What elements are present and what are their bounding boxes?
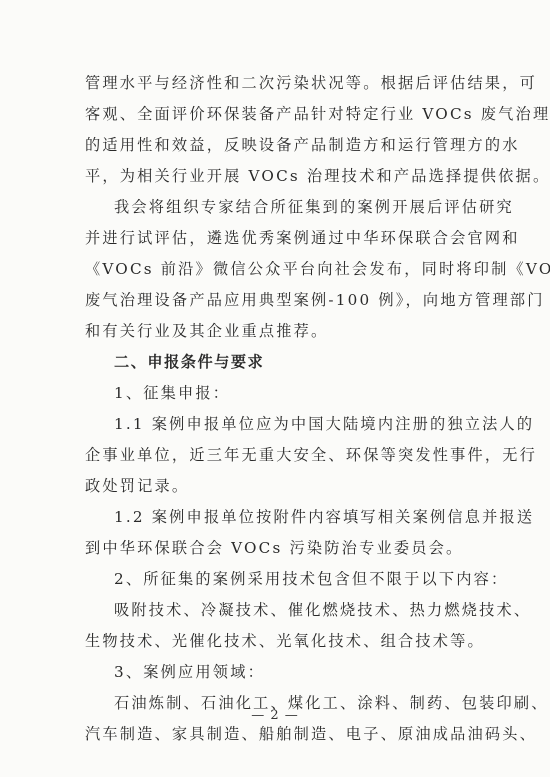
paragraph-line: 我会将组织专家结合所征集到的案例开展后评估研究: [85, 192, 473, 223]
paragraph-line: 客观、全面评价环保装备产品针对特定行业 VOCs 废气治理: [85, 99, 473, 130]
paragraph-line: 平，为相关行业开展 VOCs 治理技术和产品选择提供依据。: [85, 161, 473, 192]
paragraph-line: 的适用性和效益，反映设备产品制造方和运行管理方的水: [85, 130, 473, 161]
paragraph-line: 生物技术、光催化技术、光氧化技术、组合技术等。: [85, 626, 473, 657]
document-page: 管理水平与经济性和二次污染状况等。根据后评估结果，可 客观、全面评价环保装备产品…: [0, 0, 550, 777]
document-body: 管理水平与经济性和二次污染状况等。根据后评估结果，可 客观、全面评价环保装备产品…: [85, 68, 473, 750]
subsection-heading: 2、所征集的案例采用技术包含但不限于以下内容：: [85, 564, 473, 595]
paragraph-line: 并进行试评估，遴选优秀案例通过中华环保联合会官网和: [85, 223, 473, 254]
paragraph-line: 管理水平与经济性和二次污染状况等。根据后评估结果，可: [85, 68, 473, 99]
paragraph-line: 1.1 案例申报单位应为中国大陆境内注册的独立法人的: [85, 409, 473, 440]
paragraph-line: 政处罚记录。: [85, 471, 473, 502]
paragraph-line: 1.2 案例申报单位按附件内容填写相关案例信息并报送: [85, 502, 473, 533]
paragraph-line: 汽车制造、家具制造、船舶制造、电子、原油成品油码头、: [85, 719, 473, 750]
paragraph-line: 和有关行业及其企业重点推荐。: [85, 316, 473, 347]
paragraph-line: 《VOCs 前沿》微信公众平台向社会发布，同时将印制《VOCs: [85, 254, 473, 285]
section-heading: 二、申报条件与要求: [85, 347, 473, 378]
paragraph-line: 企事业单位，近三年无重大安全、环保等突发性事件，无行: [85, 440, 473, 471]
page-number: — 2 —: [0, 708, 550, 723]
subsection-heading: 3、案例应用领域：: [85, 657, 473, 688]
paragraph-line: 到中华环保联合会 VOCs 污染防治专业委员会。: [85, 533, 473, 564]
subsection-heading: 1、征集申报：: [85, 378, 473, 409]
paragraph-line: 吸附技术、冷凝技术、催化燃烧技术、热力燃烧技术、: [85, 595, 473, 626]
paragraph-line: 废气治理设备产品应用典型案例-100 例》，向地方管理部门: [85, 285, 473, 316]
